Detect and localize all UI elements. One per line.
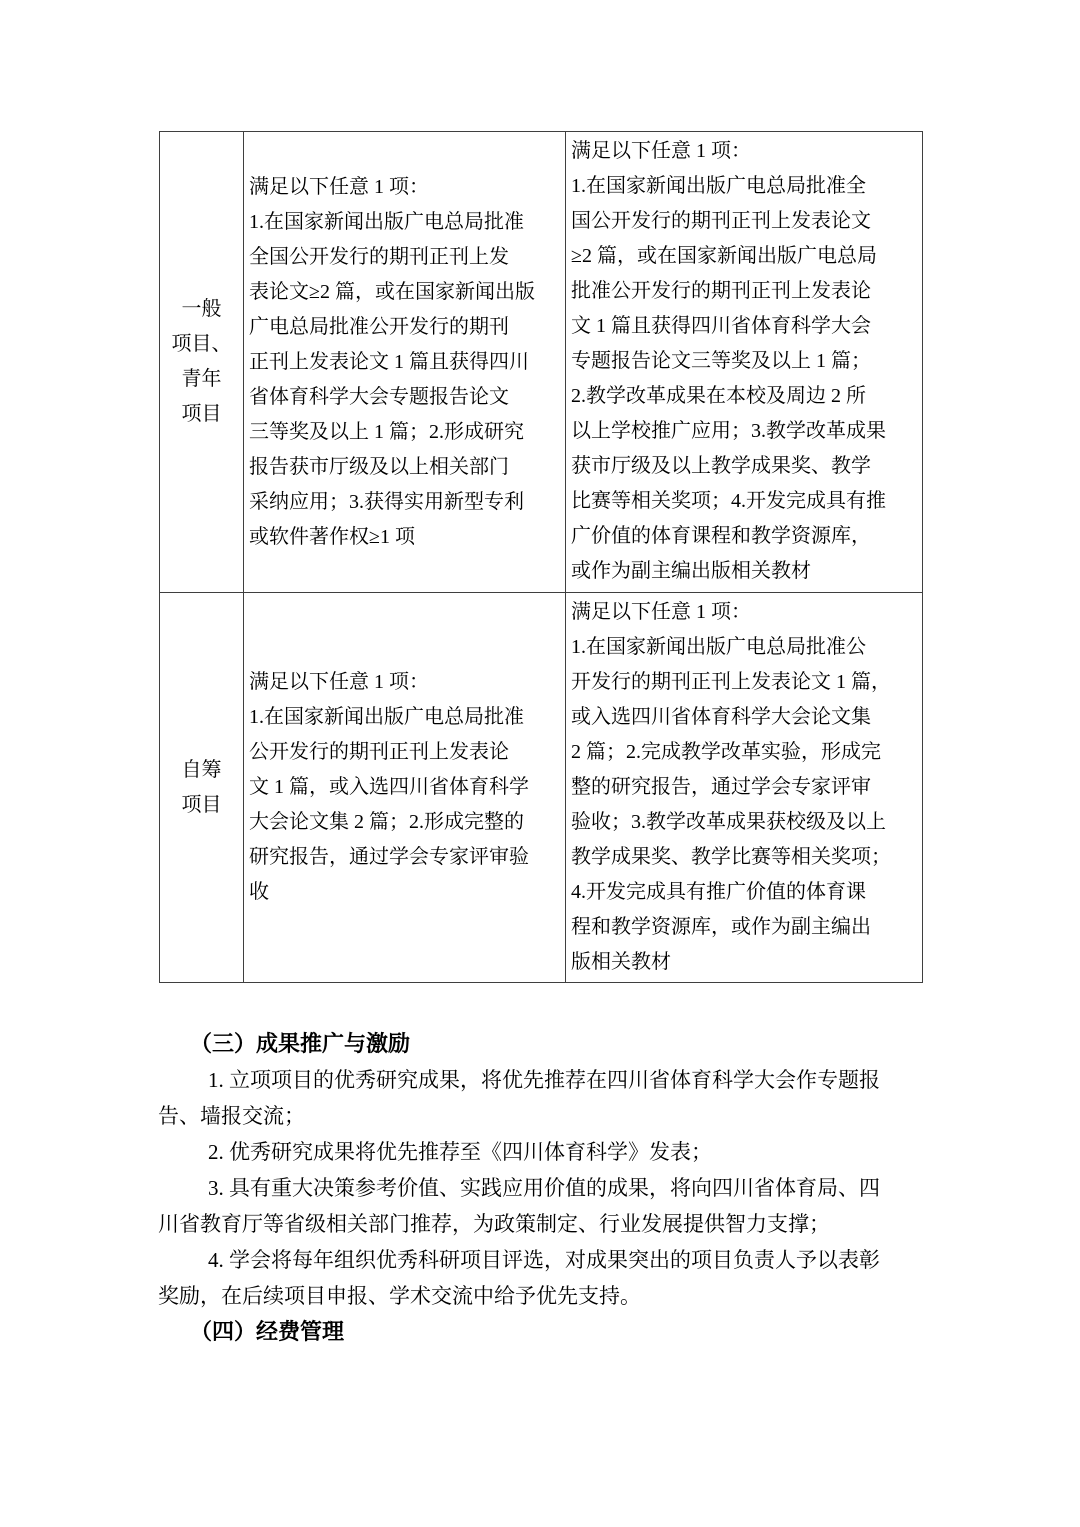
paragraph-1: 1. 立项项目的优秀研究成果，将优先推荐在四川省体育科学大会作专题报 告、墙报交… <box>158 1062 924 1134</box>
cell-project-type-general-youth: 一般 项目、 青年 项目 <box>160 132 244 593</box>
cell-requirements-research-general: 满足以下任意 1 项： 1.在国家新闻出版广电总局批准 全国公开发行的期刊正刊上… <box>244 132 566 593</box>
section-heading-funding-management: （四）经费管理 <box>158 1314 924 1350</box>
table-row-general-youth-projects: 一般 项目、 青年 项目 满足以下任意 1 项： 1.在国家新闻出版广电总局批准… <box>160 132 923 593</box>
cell-project-type-selffunded: 自筹 项目 <box>160 593 244 983</box>
document-page: 一般 项目、 青年 项目 满足以下任意 1 项： 1.在国家新闻出版广电总局批准… <box>0 0 1080 1527</box>
project-completion-requirements-table: 一般 项目、 青年 项目 满足以下任意 1 项： 1.在国家新闻出版广电总局批准… <box>159 131 923 983</box>
paragraph-2: 2. 优秀研究成果将优先推荐至《四川体育科学》发表； <box>158 1134 924 1170</box>
table-row-selffunded-projects: 自筹 项目 满足以下任意 1 项： 1.在国家新闻出版广电总局批准 公开发行的期… <box>160 593 923 983</box>
paragraph-4: 4. 学会将每年组织优秀科研项目评选，对成果突出的项目负责人予以表彰 奖励，在后… <box>158 1242 924 1314</box>
cell-requirements-teaching-general: 满足以下任意 1 项： 1.在国家新闻出版广电总局批准全 国公开发行的期刊正刊上… <box>566 132 923 593</box>
cell-requirements-teaching-selffunded: 满足以下任意 1 项： 1.在国家新闻出版广电总局批准公 开发行的期刊正刊上发表… <box>566 593 923 983</box>
body-text-section: （三）成果推广与激励 1. 立项项目的优秀研究成果，将优先推荐在四川省体育科学大… <box>158 1026 924 1350</box>
cell-requirements-research-selffunded: 满足以下任意 1 项： 1.在国家新闻出版广电总局批准 公开发行的期刊正刊上发表… <box>244 593 566 983</box>
paragraph-3: 3. 具有重大决策参考价值、实践应用价值的成果，将向四川省体育局、四 川省教育厅… <box>158 1170 924 1242</box>
section-heading-achievement-promotion: （三）成果推广与激励 <box>158 1026 924 1062</box>
